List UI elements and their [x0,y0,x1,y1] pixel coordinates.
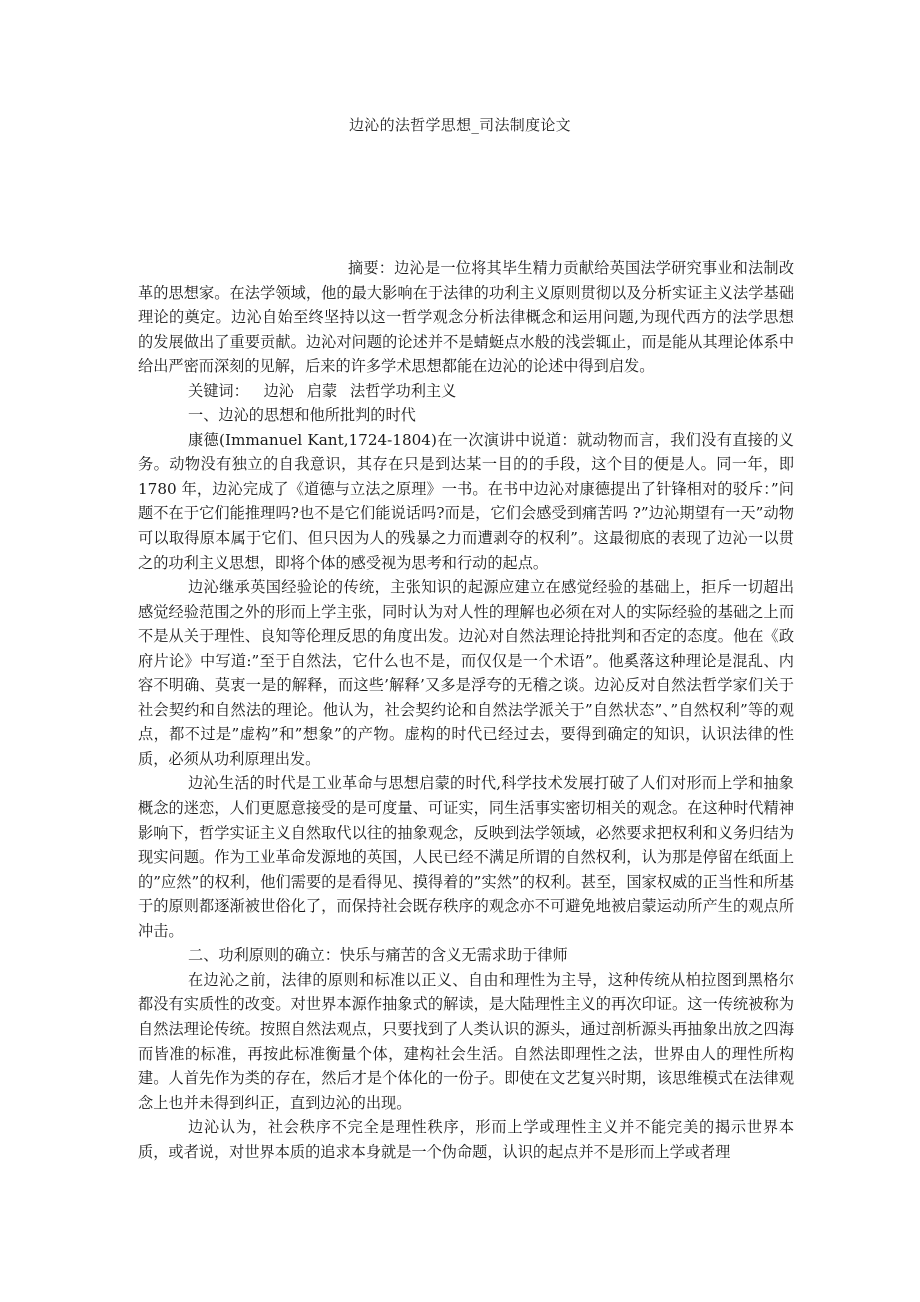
body-paragraph: 边沁生活的时代是工业革命与思想启蒙的时代,科学技术发展打破了人们对形而上学和抽象… [138,771,794,943]
body-paragraph: 康德(Immanuel Kant,1724-1804)在一次演讲中说道：就动物而… [138,428,794,575]
keyword-item: 启蒙 [307,382,337,400]
document-title: 边沁的法哲学思想_司法制度论文 [0,114,920,135]
section-heading: 二、功利原则的确立：快乐与痛苦的含义无需求助于律师 [138,943,794,968]
section-heading: 一、边沁的思想和他所批判的时代 [138,403,794,428]
keyword-item: 边沁 [264,382,294,400]
keywords-line: 关键词： 边沁 启蒙 法哲学功利主义 [138,379,794,404]
document-page: 边沁的法哲学思想_司法制度论文 摘要：边沁是一位将其毕生精力贡献给英国法学研究事… [0,0,920,1302]
keywords-label: 关键词： [188,382,249,400]
document-body: 摘要：边沁是一位将其毕生精力贡献给英国法学研究事业和法制改革的思想家。在法学领域… [138,256,794,1164]
keyword-item: 法哲学功利主义 [350,382,456,400]
body-paragraph: 在边沁之前，法律的原则和标准以正义、自由和理性为主导，这种传统从柏拉图到黑格尔都… [138,968,794,1115]
body-paragraph: 边沁继承英国经验论的传统，主张知识的起源应建立在感觉经验的基础上，拒斥一切超出感… [138,575,794,771]
body-paragraph: 边沁认为，社会秩序不完全是理性秩序，形而上学或理性主义并不能完美的揭示世界本质，… [138,1115,794,1164]
abstract-paragraph: 摘要：边沁是一位将其毕生精力贡献给英国法学研究事业和法制改革的思想家。在法学领域… [138,256,794,379]
